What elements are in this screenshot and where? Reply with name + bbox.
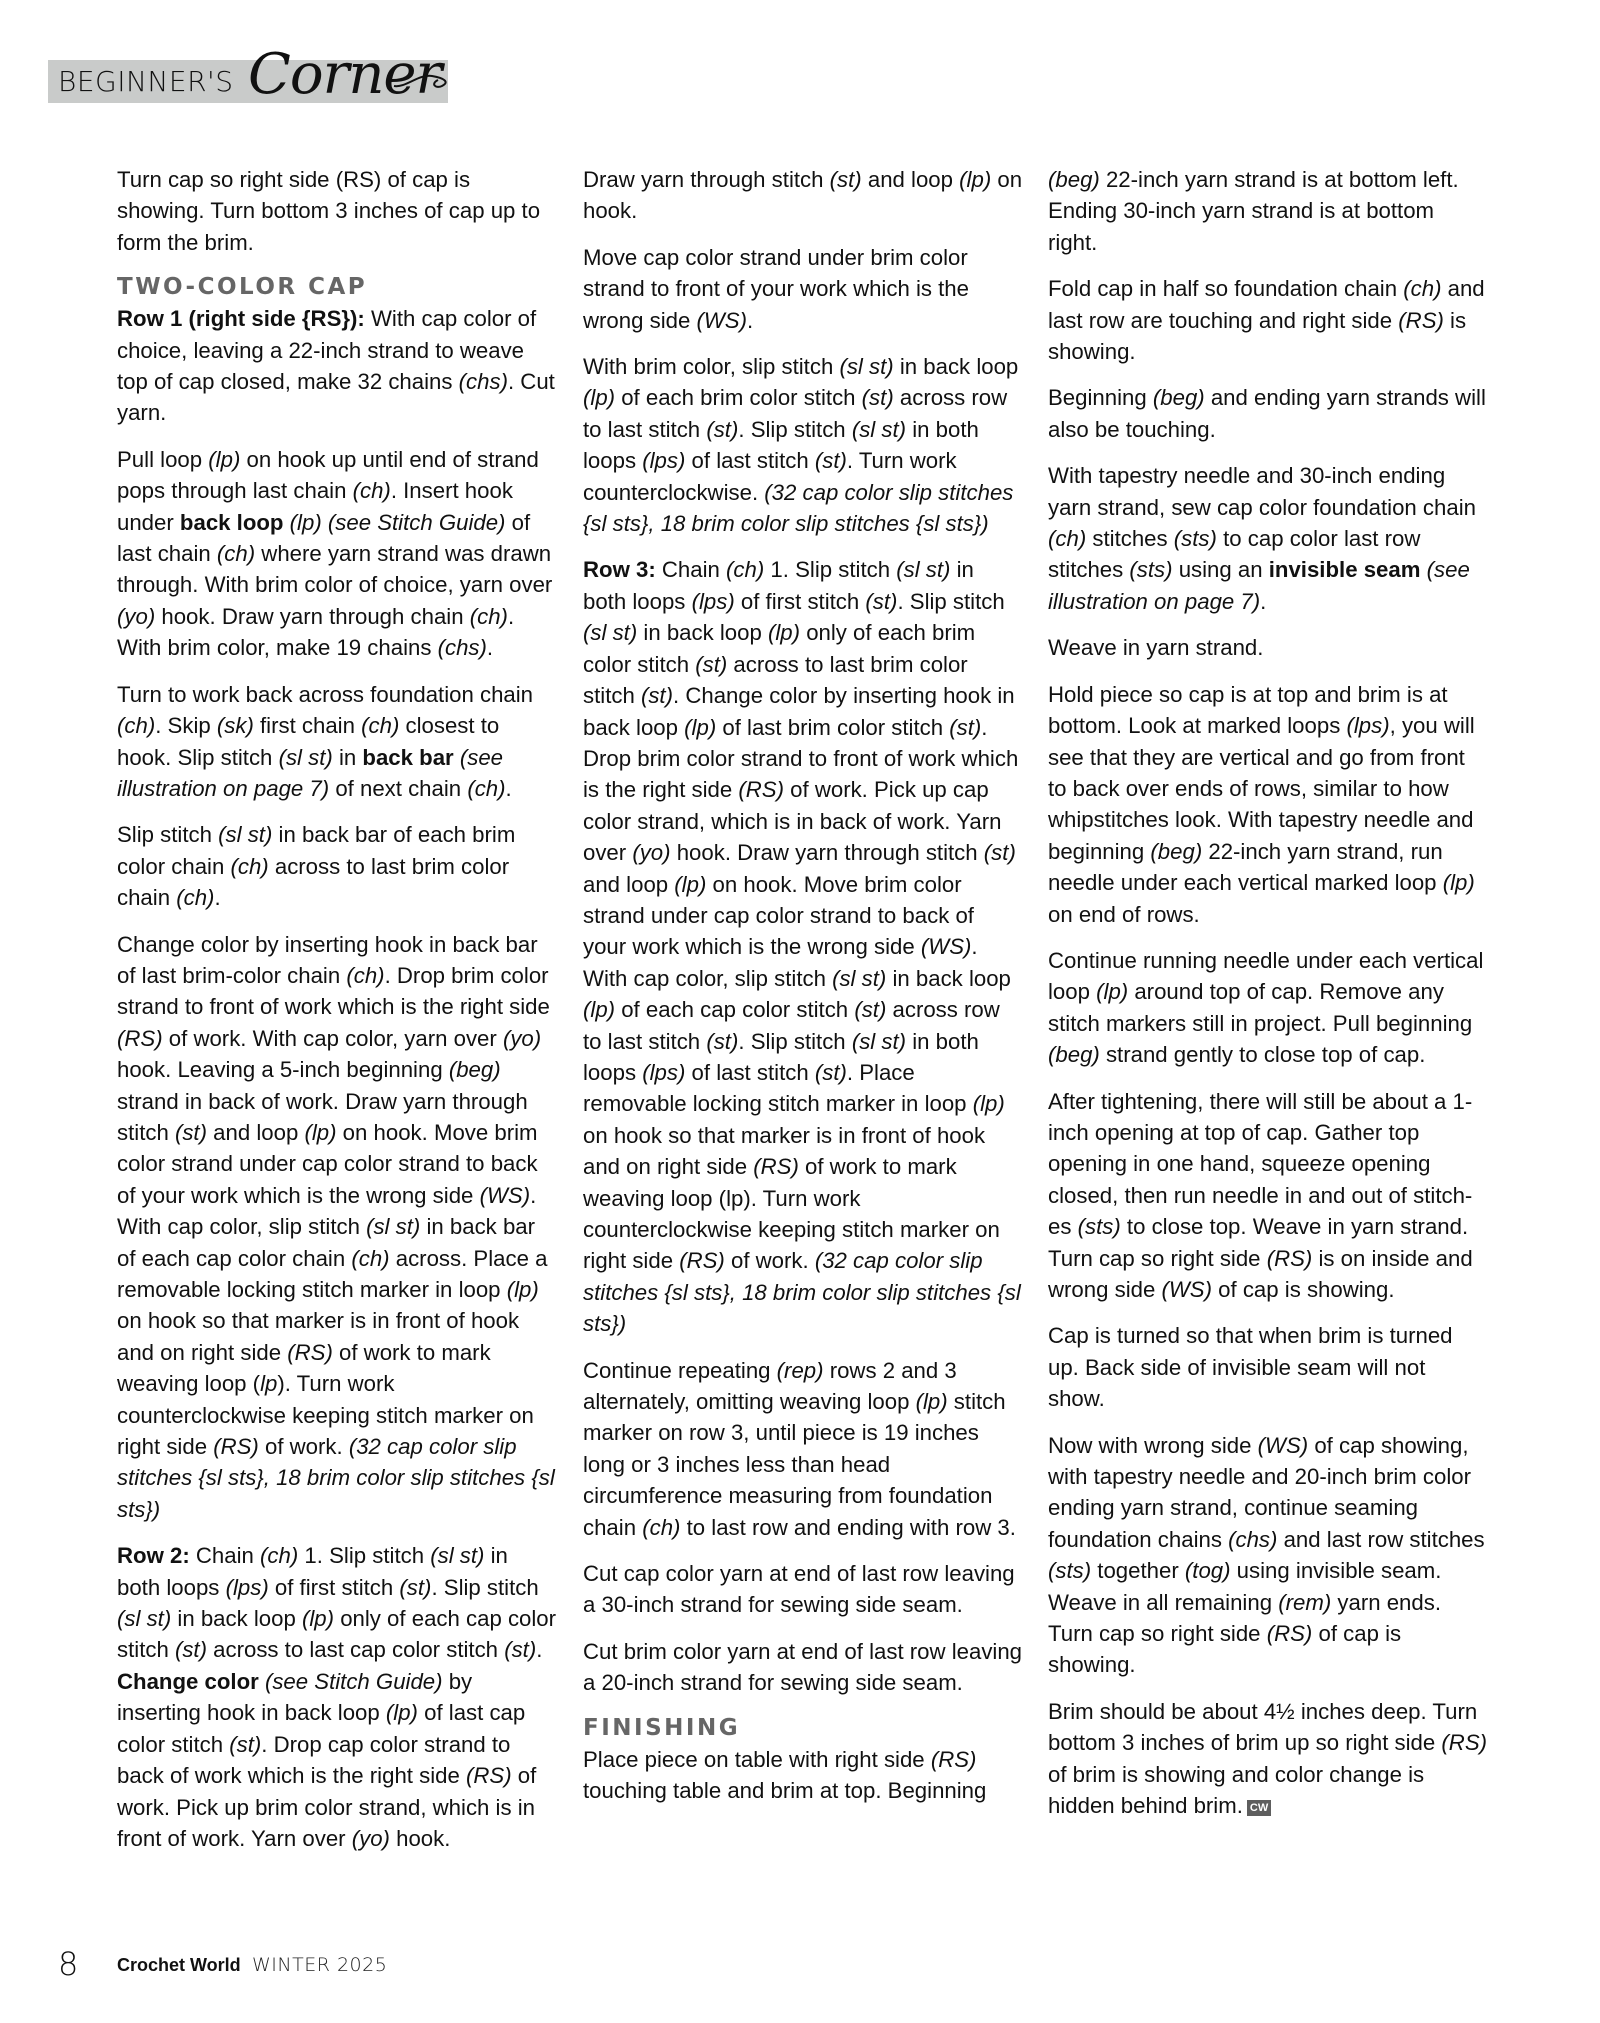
abbreviation-text: (sl st): [896, 557, 950, 582]
body-text: . Slip stitch: [738, 417, 851, 442]
paragraph: With tapestry needle and 30-inch ending …: [1048, 460, 1488, 617]
body-text: of work. With cap color, yarn over: [163, 1026, 503, 1051]
abbreviation-text: (lps): [642, 1060, 685, 1085]
abbreviation-text: (RS): [1267, 1246, 1313, 1271]
end-mark-icon: CW: [1247, 1800, 1271, 1816]
abbreviation-text: (sl st): [832, 966, 886, 991]
body-text: Move cap color strand under brim color s…: [583, 245, 969, 333]
abbreviation-text: (sk): [217, 713, 254, 738]
abbreviation-text: (RS): [213, 1434, 259, 1459]
bold-text: Row 3:: [583, 557, 656, 582]
bold-text: back loop: [180, 510, 284, 535]
body-text: With tapestry needle and 30-inch ending …: [1048, 463, 1476, 519]
abbreviation-text: (lp): [507, 1277, 539, 1302]
body-text: With brim color, slip stitch: [583, 354, 839, 379]
paragraph: Now with wrong side (WS) of cap showing,…: [1048, 1430, 1488, 1681]
abbreviation-text: (lp): [583, 385, 615, 410]
body-text: Turn cap so right side (RS) of cap is sh…: [117, 167, 540, 255]
abbreviation-text: (sl st): [839, 354, 893, 379]
paragraph: Hold piece so cap is at top and brim is …: [1048, 679, 1488, 930]
abbreviation-text: (RS): [117, 1026, 163, 1051]
body-text: first chain: [254, 713, 361, 738]
paragraph: Fold cap in half so foundation chain (ch…: [1048, 273, 1488, 367]
body-text: .: [487, 635, 493, 660]
abbreviation-text: (lps): [1346, 713, 1389, 738]
abbreviation-text: (RS): [287, 1340, 333, 1365]
body-text: 1. Slip stitch: [298, 1543, 430, 1568]
abbreviation-text: (st): [815, 448, 847, 473]
body-text: of brim is showing and color change is h…: [1048, 1762, 1424, 1818]
body-text: and loop: [207, 1120, 304, 1145]
abbreviation-text: (sl st): [117, 1606, 171, 1631]
abbreviation-text: (lp): [916, 1389, 948, 1414]
abbreviation-text: (st): [641, 683, 673, 708]
issue-label: WINTER 2025: [252, 1954, 387, 1976]
body-text: touching table and brim at top. Beginnin…: [583, 1778, 986, 1803]
body-text: strand gently to close top of cap.: [1100, 1042, 1426, 1067]
bold-text: invisible seam: [1269, 557, 1421, 582]
body-text: Continue repeating: [583, 1358, 777, 1383]
body-text: of each cap color stitch: [615, 997, 854, 1022]
paragraph: Slip stitch (sl st) in back bar of each …: [117, 819, 557, 913]
abbreviation-text: (ch): [467, 776, 505, 801]
abbreviation-text: (rem): [1278, 1590, 1331, 1615]
bold-text: back bar: [362, 745, 453, 770]
abbreviation-text: (beg): [1048, 1042, 1100, 1067]
paragraph: With brim color, slip stitch (sl st) in …: [583, 351, 1023, 539]
abbreviation-text: (ch): [361, 713, 399, 738]
body-text: hook. Draw yarn through stitch: [671, 840, 984, 865]
paragraph: Continue repeating (rep) rows 2 and 3 al…: [583, 1355, 1023, 1543]
abbreviation-text: (lp): [304, 1120, 336, 1145]
abbreviation-text: (lp): [1096, 979, 1128, 1004]
paragraph: After tightening, there will still be ab…: [1048, 1086, 1488, 1306]
abbreviation-text: (sl st): [852, 1029, 906, 1054]
body-text: .: [747, 308, 753, 333]
body-text: .: [536, 1637, 542, 1662]
abbreviation-text: (chs): [459, 369, 508, 394]
body-text: Chain: [656, 557, 726, 582]
body-text: Place piece on table with right side: [583, 1747, 931, 1772]
abbreviation-text: (ch): [642, 1515, 680, 1540]
column-2: Draw yarn through stitch (st) and loop (…: [583, 164, 1023, 1822]
abbreviation-text: lp: [260, 1371, 277, 1396]
paragraph: Row 1 (right side {RS}): With cap color …: [117, 303, 557, 429]
body-text: on end of rows.: [1048, 902, 1200, 927]
paragraph: Row 2: Chain (ch) 1. Slip stitch (sl st)…: [117, 1540, 557, 1854]
bold-text: Row 2:: [117, 1543, 190, 1568]
abbreviation-text: (st): [175, 1637, 207, 1662]
body-text: of each brim color stitch: [615, 385, 862, 410]
abbreviation-text: (ch): [117, 713, 155, 738]
abbreviation-text: (lp): [1443, 870, 1475, 895]
body-text: . Slip stitch: [738, 1029, 851, 1054]
section-heading: FINISHING: [583, 1714, 1023, 1742]
abbreviation-text: (WS): [1258, 1433, 1309, 1458]
body-text: of first stitch: [269, 1575, 400, 1600]
body-text: hook. Draw yarn through chain: [155, 604, 470, 629]
paragraph: Turn cap so right side (RS) of cap is sh…: [117, 164, 557, 258]
abbreviation-text: (st): [229, 1732, 261, 1757]
section-heading: TWO-COLOR CAP: [117, 273, 557, 301]
abbreviation-text: (beg): [1048, 167, 1100, 192]
abbreviation-text: (st): [949, 715, 981, 740]
section-label: BEGINNER'S: [58, 62, 234, 102]
body-text: Now with wrong side: [1048, 1433, 1258, 1458]
body-text: Chain: [190, 1543, 260, 1568]
bold-text: Change color: [117, 1669, 259, 1694]
page-footer: 8 Crochet World WINTER 2025: [0, 1945, 1600, 1985]
body-text: Fold cap in half so foundation chain: [1048, 276, 1403, 301]
abbreviation-text: (sl st): [852, 417, 906, 442]
paragraph: Change color by inserting hook in back b…: [117, 929, 557, 1526]
abbreviation-text: (lp): [768, 620, 800, 645]
abbreviation-text: (ch): [260, 1543, 298, 1568]
abbreviation-text: (ch): [726, 557, 764, 582]
abbreviation-text: (sl st): [583, 620, 637, 645]
abbreviation-text: (sl st): [279, 745, 333, 770]
body-text: of work.: [259, 1434, 349, 1459]
paragraph: Brim should be about 4½ inches deep. Tur…: [1048, 1696, 1488, 1822]
body-text: .: [1260, 589, 1266, 614]
body-text: .: [214, 885, 220, 910]
paragraph: Cut cap color yarn at end of last row le…: [583, 1558, 1023, 1621]
abbreviation-text: (sts): [1129, 557, 1172, 582]
abbreviation-text: (st): [695, 652, 727, 677]
abbreviation-text: (WS): [696, 308, 747, 333]
abbreviation-text: (WS): [1161, 1277, 1212, 1302]
paragraph: (beg) 22-inch yarn strand is at bottom l…: [1048, 164, 1488, 258]
abbreviation-text: (lp): [583, 997, 615, 1022]
abbreviation-text: (st): [399, 1575, 431, 1600]
abbreviation-text: (lp): [959, 167, 991, 192]
abbreviation-text: (RS): [466, 1763, 512, 1788]
abbreviation-text: (yo): [352, 1826, 390, 1851]
body-text: across to last cap color stitch: [207, 1637, 504, 1662]
body-text: Beginning: [1048, 385, 1153, 410]
body-text: and loop: [862, 167, 959, 192]
body-text: 1. Slip stitch: [764, 557, 896, 582]
body-text: hook.: [390, 1826, 450, 1851]
paragraph: Row 3: Chain (ch) 1. Slip stitch (sl st)…: [583, 554, 1023, 1339]
abbreviation-text: (st): [175, 1120, 207, 1145]
abbreviation-text: (ch): [230, 854, 268, 879]
abbreviation-text: (RS): [1398, 308, 1444, 333]
abbreviation-text: (ch): [176, 885, 214, 910]
abbreviation-text: (rep): [777, 1358, 824, 1383]
body-text: to last row and ending with row 3.: [680, 1515, 1015, 1540]
abbreviation-text: (lp): [684, 715, 716, 740]
abbreviation-text: (beg): [449, 1057, 501, 1082]
abbreviation-text: (lp): [208, 447, 240, 472]
abbreviation-text: (sl st): [366, 1214, 420, 1239]
abbreviation-text: (sts): [1078, 1214, 1121, 1239]
body-text: of cap is showing.: [1212, 1277, 1395, 1302]
abbreviation-text: (lps): [692, 589, 735, 614]
swash-flourish-icon: [392, 70, 454, 92]
abbreviation-text: (RS): [753, 1154, 799, 1179]
abbreviation-text: (lp): [302, 1606, 334, 1631]
abbreviation-text: (lps): [226, 1575, 269, 1600]
magazine-name: Crochet World: [117, 1955, 241, 1976]
abbreviation-text: (ch): [351, 1246, 389, 1271]
abbreviation-text: (ch): [1403, 276, 1441, 301]
paragraph: Pull loop (lp) on hook up until end of s…: [117, 444, 557, 664]
abbreviation-text: (st): [830, 167, 862, 192]
paragraph: Turn to work back across foundation chai…: [117, 679, 557, 805]
abbreviation-text: (st): [706, 1029, 738, 1054]
body-text: of work.: [725, 1248, 815, 1273]
abbreviation-text: (st): [862, 385, 894, 410]
paragraph: Beginning (beg) and ending yarn strands …: [1048, 382, 1488, 445]
abbreviation-text: (st): [984, 840, 1016, 865]
abbreviation-text: (RS): [1267, 1621, 1313, 1646]
abbreviation-text: (beg): [1153, 385, 1205, 410]
body-text: in back loop: [894, 354, 1019, 379]
body-text: stitches: [1086, 526, 1174, 551]
abbreviation-text: (sl st): [430, 1543, 484, 1568]
paragraph: Cap is turned so that when brim is turne…: [1048, 1320, 1488, 1414]
abbreviation-text: (ch): [353, 478, 391, 503]
abbreviation-text: (st): [854, 997, 886, 1022]
body-text: of last stitch: [685, 448, 814, 473]
abbreviation-text: (st): [865, 589, 897, 614]
abbreviation-text: (lp): [674, 872, 706, 897]
abbreviation-text: (yo): [117, 604, 155, 629]
abbreviation-text: (chs): [438, 635, 487, 660]
abbreviation-text: (RS): [738, 777, 784, 802]
abbreviation-text: (beg): [1150, 839, 1202, 864]
abbreviation-text: (ch): [470, 604, 508, 629]
paragraph: Move cap color strand under brim color s…: [583, 242, 1023, 336]
abbreviation-text: (chs): [1228, 1527, 1277, 1552]
abbreviation-text: (sts): [1174, 526, 1217, 551]
body-text: Pull loop: [117, 447, 208, 472]
abbreviation-text: (st): [504, 1637, 536, 1662]
body-text: 22-inch yarn strand is at bottom left. E…: [1048, 167, 1459, 255]
abbreviation-text: (tog): [1185, 1558, 1231, 1583]
body-text: hook. Leaving a 5-inch beginning: [117, 1057, 449, 1082]
column-1: Turn cap so right side (RS) of cap is sh…: [117, 164, 557, 1869]
page-number: 8: [58, 1945, 78, 1983]
body-text: together: [1091, 1558, 1185, 1583]
body-text: Cut brim color yarn at end of last row l…: [583, 1639, 1022, 1695]
bold-text: Row 1 (right side {RS}):: [117, 306, 365, 331]
abbreviation-text: (ch): [346, 963, 384, 988]
abbreviation-text: (sts): [1048, 1558, 1091, 1583]
body-text: Turn to work back across foundation chai…: [117, 682, 533, 707]
body-text: of first stitch: [735, 589, 866, 614]
body-text: . Slip stitch: [897, 589, 1004, 614]
body-text: . Skip: [155, 713, 217, 738]
body-text: Cut cap color yarn at end of last row le…: [583, 1561, 1015, 1617]
body-text: using an: [1173, 557, 1269, 582]
abbreviation-text: (RS): [1441, 1730, 1487, 1755]
abbreviation-text: (st): [706, 417, 738, 442]
body-text: in back loop: [637, 620, 768, 645]
body-text: and last row stitches: [1277, 1527, 1484, 1552]
body-text: Draw yarn through stitch: [583, 167, 830, 192]
abbreviation-text: (st): [815, 1060, 847, 1085]
abbreviation-text: (RS): [679, 1248, 725, 1273]
body-text: Brim should be about 4½ inches deep. Tur…: [1048, 1699, 1477, 1755]
body-text: . Slip stitch: [431, 1575, 538, 1600]
paragraph: Place piece on table with right side (RS…: [583, 1744, 1023, 1807]
abbreviation-text: (lp) (see Stitch Guide): [290, 510, 506, 535]
abbreviation-text: (see Stitch Guide): [265, 1669, 443, 1694]
body-text: in back loop: [886, 966, 1011, 991]
body-text: .: [506, 776, 512, 801]
body-text: Slip stitch: [117, 822, 218, 847]
body-text: Cap is turned so that when brim is turne…: [1048, 1323, 1453, 1411]
body-text: in: [333, 745, 363, 770]
body-text: of last stitch: [685, 1060, 814, 1085]
paragraph: Weave in yarn strand.: [1048, 632, 1488, 663]
body-text: and loop: [583, 872, 674, 897]
abbreviation-text: (RS): [931, 1747, 977, 1772]
body-text: Weave in yarn strand.: [1048, 635, 1263, 660]
abbreviation-text: (yo): [632, 840, 670, 865]
column-3: (beg) 22-inch yarn strand is at bottom l…: [1048, 164, 1488, 1837]
abbreviation-text: (ch): [1048, 526, 1086, 551]
abbreviation-text: (lps): [642, 448, 685, 473]
abbreviation-text: (WS): [480, 1183, 531, 1208]
abbreviation-text: (ch): [217, 541, 255, 566]
body-text: in back loop: [171, 1606, 302, 1631]
body-text: of last brim color stitch: [716, 715, 949, 740]
body-text: of next chain: [329, 776, 467, 801]
abbreviation-text: (yo): [503, 1026, 541, 1051]
abbreviation-text: (lp): [386, 1700, 418, 1725]
abbreviation-text: (sl st): [218, 822, 272, 847]
abbreviation-text: (WS): [921, 934, 972, 959]
paragraph: Continue running needle under each verti…: [1048, 945, 1488, 1071]
paragraph: Cut brim color yarn at end of last row l…: [583, 1636, 1023, 1699]
paragraph: Draw yarn through stitch (st) and loop (…: [583, 164, 1023, 227]
abbreviation-text: (lp): [973, 1091, 1005, 1116]
